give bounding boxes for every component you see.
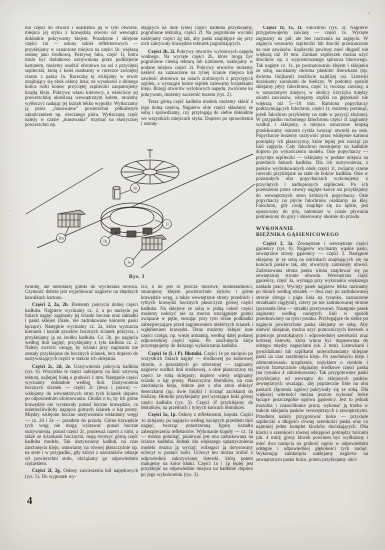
paragraph: ciu, o ile jest to jeszcze możliwe, nied… — [141, 285, 253, 350]
paragraph: nia części do otworu i osadzenia jej w t… — [25, 26, 138, 129]
paragraph: Części 2f, 2g. Osłony zawieszenia kół na… — [25, 469, 138, 480]
paragraph: Części 2c, 2d, 2e. Usztywnienia pokrycia… — [25, 365, 138, 468]
paragraph: Części 1e (L i P). Błotniki. Części 1e p… — [141, 352, 253, 411]
paragraph-head: Części 2, 2a, 2b. — [32, 303, 69, 308]
column-middle-bottom: ciu, o ile jest to jeszcze możliwe, nied… — [141, 285, 253, 480]
track-block-right-icon — [142, 235, 166, 250]
section-heading: WYKONANIE BIEŻNIKA GĄSIENICOWEGO — [256, 226, 368, 238]
paragraph-head: Części 3, 3a. — [263, 242, 293, 247]
paragraph-text: Pokrywy otworów wylotowych napędu wodneg… — [141, 50, 253, 98]
figure-svg: 1n 1m 1k 1l 1e — [25, 148, 257, 280]
part-label: 1e — [127, 260, 131, 265]
paragraph: twardej, ale nieśliskiej gumki do wycier… — [25, 285, 138, 301]
paragraph: Części 3, 3a. Zewnętrzne i wewnętrzne cz… — [256, 242, 368, 464]
paragraph-text: Falochron (rys. 3). Najpierw przygotowuj… — [256, 26, 368, 220]
paragraph-head: Części 1r, 1s, 1t. — [263, 26, 303, 31]
paragraph: Części 2, 2a, 2b. Elementy pokrycia doln… — [25, 303, 138, 362]
column-left-bottom: twardej, ale nieśliskiej gumki do wycier… — [25, 285, 138, 482]
hatch-disc-icon — [121, 160, 179, 184]
paragraph: Teraz górną część kadłuba modelu możemy … — [141, 100, 253, 127]
paragraph-text: Części 1e po nacięciu po wszystkich lini… — [141, 352, 253, 411]
paragraph: Części 1r, 1s, 1t. Falochron (rys. 3). N… — [256, 26, 368, 221]
part-label: 1m — [58, 236, 64, 241]
paragraph-text: stających na dole tylnej części kadłuba … — [141, 26, 253, 47]
column-right: Części 1r, 1s, 1t. Falochron (rys. 3). N… — [256, 26, 368, 532]
tube-part-icon — [113, 186, 120, 199]
page-number: 4 — [27, 496, 32, 507]
column-left-top: nia części do otworu i osadzenia jej w t… — [25, 26, 138, 148]
paragraph: Części 2h, 2i. Pokrywy otworów wylotowyc… — [141, 50, 253, 99]
paragraph-text: nia części do otworu i osadzenia jej w t… — [25, 26, 138, 128]
paragraph-text: ciu, o ile jest to jeszcze możliwe, nied… — [141, 285, 253, 349]
paragraph-head: Części 2f, 2g. — [32, 469, 61, 474]
paragraph-head: Części 2c, 2d, 2e. — [32, 365, 71, 370]
paragraph-text: Elementy pokrycia dolnej części kadłuba.… — [25, 303, 138, 362]
paragraph-text: Teraz górną część kadłuba modelu możemy … — [141, 100, 253, 127]
paragraph-text: twardej, ale nieśliskiej gumki do wycier… — [25, 285, 138, 301]
track-block-left-icon — [58, 210, 85, 227]
scan-speck — [9, 210, 11, 211]
paragraph-head: Części 1o, 1p. — [148, 413, 177, 418]
figure-diagram: 1n 1m 1k 1l 1e Rys. 3 — [25, 148, 257, 280]
turret-ring-icon — [101, 203, 163, 237]
paragraph-text: Usztywnienia pokrycia kadłuba (rys. 6). … — [25, 365, 138, 467]
scan-speck — [300, 470, 301, 472]
paragraph: stających na dole tylnej części kadłuba … — [141, 26, 253, 48]
paragraph-head: Części 2h, 2i. — [148, 50, 175, 55]
paragraph-head: Części 1e (L i P). Błotniki. — [148, 352, 203, 357]
section-heading-line2: BIEŻNIKA GĄSIENICOWEGO — [256, 232, 368, 238]
paragraph-text: Osłony z reflektorami, kopuła. Części 1o… — [141, 413, 253, 477]
paragraph: Części 1o, 1p. Osłony z reflektorami, ko… — [141, 413, 253, 478]
axle-pin-icon — [147, 149, 153, 158]
column-middle-top: stających na dole tylnej części kadłuba … — [141, 26, 253, 148]
paragraph-text: Zewnętrzne i wewnętrzne części gąsienicy… — [256, 242, 368, 463]
scan-speck — [368, 12, 370, 14]
figure-caption: Rys. 3 — [129, 274, 145, 280]
